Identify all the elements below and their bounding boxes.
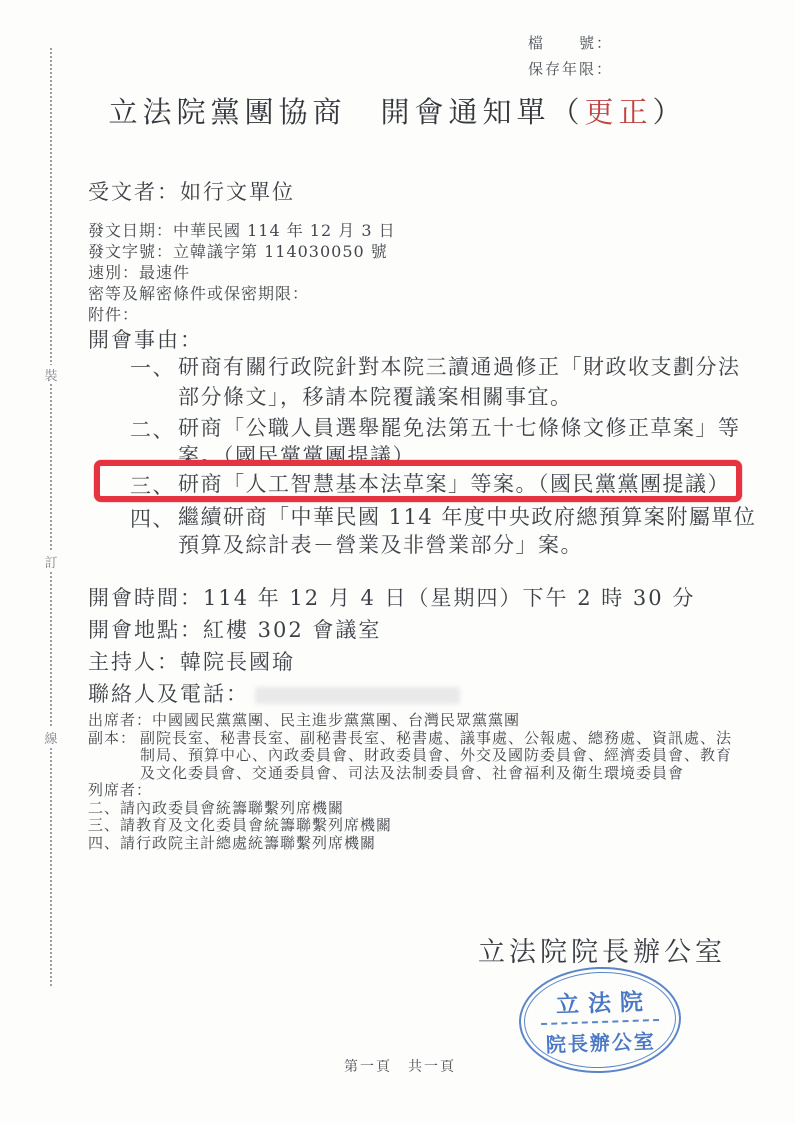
red-highlight-box <box>94 460 742 502</box>
agenda-heading: 開會事由： <box>88 324 203 354</box>
observer-item-4: 四、請行政院主計總處統籌聯繫列席機關 <box>88 835 748 853</box>
issue-date-line: 發文日期：中華民國 114 年 12 月 3 日 <box>88 220 396 241</box>
stamp-divider-line <box>541 1018 659 1024</box>
binding-margin-line <box>50 48 52 986</box>
agenda-item-1-number: 一、 <box>130 352 178 412</box>
retention-period-label: 保存年限： <box>528 58 613 79</box>
meeting-details-block: 開會時間：114 年 12 月 4 日（星期四）下午 2 時 30 分 開會地點… <box>88 582 695 710</box>
agenda-item-4-number: 四、 <box>130 503 178 559</box>
meeting-host-line: 主持人：韓院長國瑜 <box>88 646 695 678</box>
agenda-item-4-line2: 預算及綜計表－營業及非營業部分」案。 <box>178 531 756 559</box>
speed-line: 速別：最速件 <box>88 262 396 283</box>
official-seal-stamp: 立法院 院長辦公室 <box>517 964 683 1076</box>
recipient-line: 受文者：如行文單位 <box>88 176 295 206</box>
scanned-meeting-notice-document: 裝 訂 線 檔 號： 保存年限： 立法院黨團協商 開會通知單（更正） 受文者：如… <box>0 0 795 1125</box>
agenda-item-1-line1: 研商有關行政院針對本院三讀通過修正「財政收支劃分法 <box>178 352 741 382</box>
meeting-location-line: 開會地點：紅樓 302 會議室 <box>88 614 695 646</box>
observers-label: 列席者： <box>88 782 748 800</box>
page-number-footer: 第一頁 共一頁 <box>344 1056 456 1076</box>
attendees-line: 出席者：中國國民黨黨團、民主進步黨黨團、台灣民眾黨黨團 <box>88 712 748 730</box>
observer-item-3: 三、請教育及文化委員會統籌聯繫列席機關 <box>88 817 748 835</box>
file-number-label: 檔 號： <box>528 32 613 53</box>
correction-mark: 更正 <box>584 95 652 129</box>
agenda-item-2-line1: 研商「公職人員選舉罷免法第五十七條條文修正草案」等 <box>178 414 741 442</box>
cc-value: 副院長室、秘書長室、副秘書長室、秘書處、議事處、公報處、總務處、資訊處、法制局、… <box>140 730 740 783</box>
doc-number-line: 發文字號：立韓議字第 114030050 號 <box>88 241 396 262</box>
agenda-item-4: 四、 繼續研商「中華民國 114 年度中央政府總預算案附屬單位 預算及綜計表－營… <box>130 503 756 559</box>
agenda-item-1-line2: 部分條文」，移請本院覆議案相關事宜。 <box>178 382 741 412</box>
issuing-office-name: 立法院院長辦公室 <box>478 930 726 969</box>
cc-label: 副本： <box>88 730 140 783</box>
redacted-contact-info <box>255 687 460 704</box>
document-meta-block: 發文日期：中華民國 114 年 12 月 3 日 發文字號：立韓議字第 1140… <box>88 220 396 325</box>
security-line: 密等及解密條件或保密期限： <box>88 283 396 304</box>
official-seal-inner-ring: 立法院 院長辦公室 <box>522 969 677 1070</box>
contact-line: 聯絡人及電話： <box>88 678 695 710</box>
meeting-time-line: 開會時間：114 年 12 月 4 日（星期四）下午 2 時 30 分 <box>88 582 695 614</box>
document-title-main: 立法院黨團協商 開會通知單（ <box>108 95 584 129</box>
cc-line: 副本： 副院長室、秘書長室、副秘書長室、秘書處、議事處、公報處、總務處、資訊處、… <box>88 730 748 783</box>
binding-char-xian: 線 <box>41 728 61 747</box>
agenda-item-1: 一、 研商有關行政院針對本院三讀通過修正「財政收支劃分法 部分條文」，移請本院覆… <box>130 352 741 412</box>
contact-label: 聯絡人及電話： <box>88 682 249 706</box>
stamp-text-bottom: 院長辦公室 <box>545 1025 656 1058</box>
observer-item-2: 二、請內政委員會統籌聯繫列席機關 <box>88 800 748 818</box>
distribution-block: 出席者：中國國民黨黨團、民主進步黨黨團、台灣民眾黨黨團 副本： 副院長室、秘書長… <box>88 712 748 852</box>
binding-char-zhuang: 裝 <box>41 365 61 384</box>
document-title-close: ） <box>653 95 687 129</box>
stamp-text-top: 立法院 <box>546 983 652 1020</box>
agenda-item-4-line1: 繼續研商「中華民國 114 年度中央政府總預算案附屬單位 <box>178 503 756 531</box>
binding-char-ding: 訂 <box>41 552 61 571</box>
document-title: 立法院黨團協商 開會通知單（更正） <box>0 90 795 131</box>
attachment-line: 附件： <box>88 304 396 325</box>
